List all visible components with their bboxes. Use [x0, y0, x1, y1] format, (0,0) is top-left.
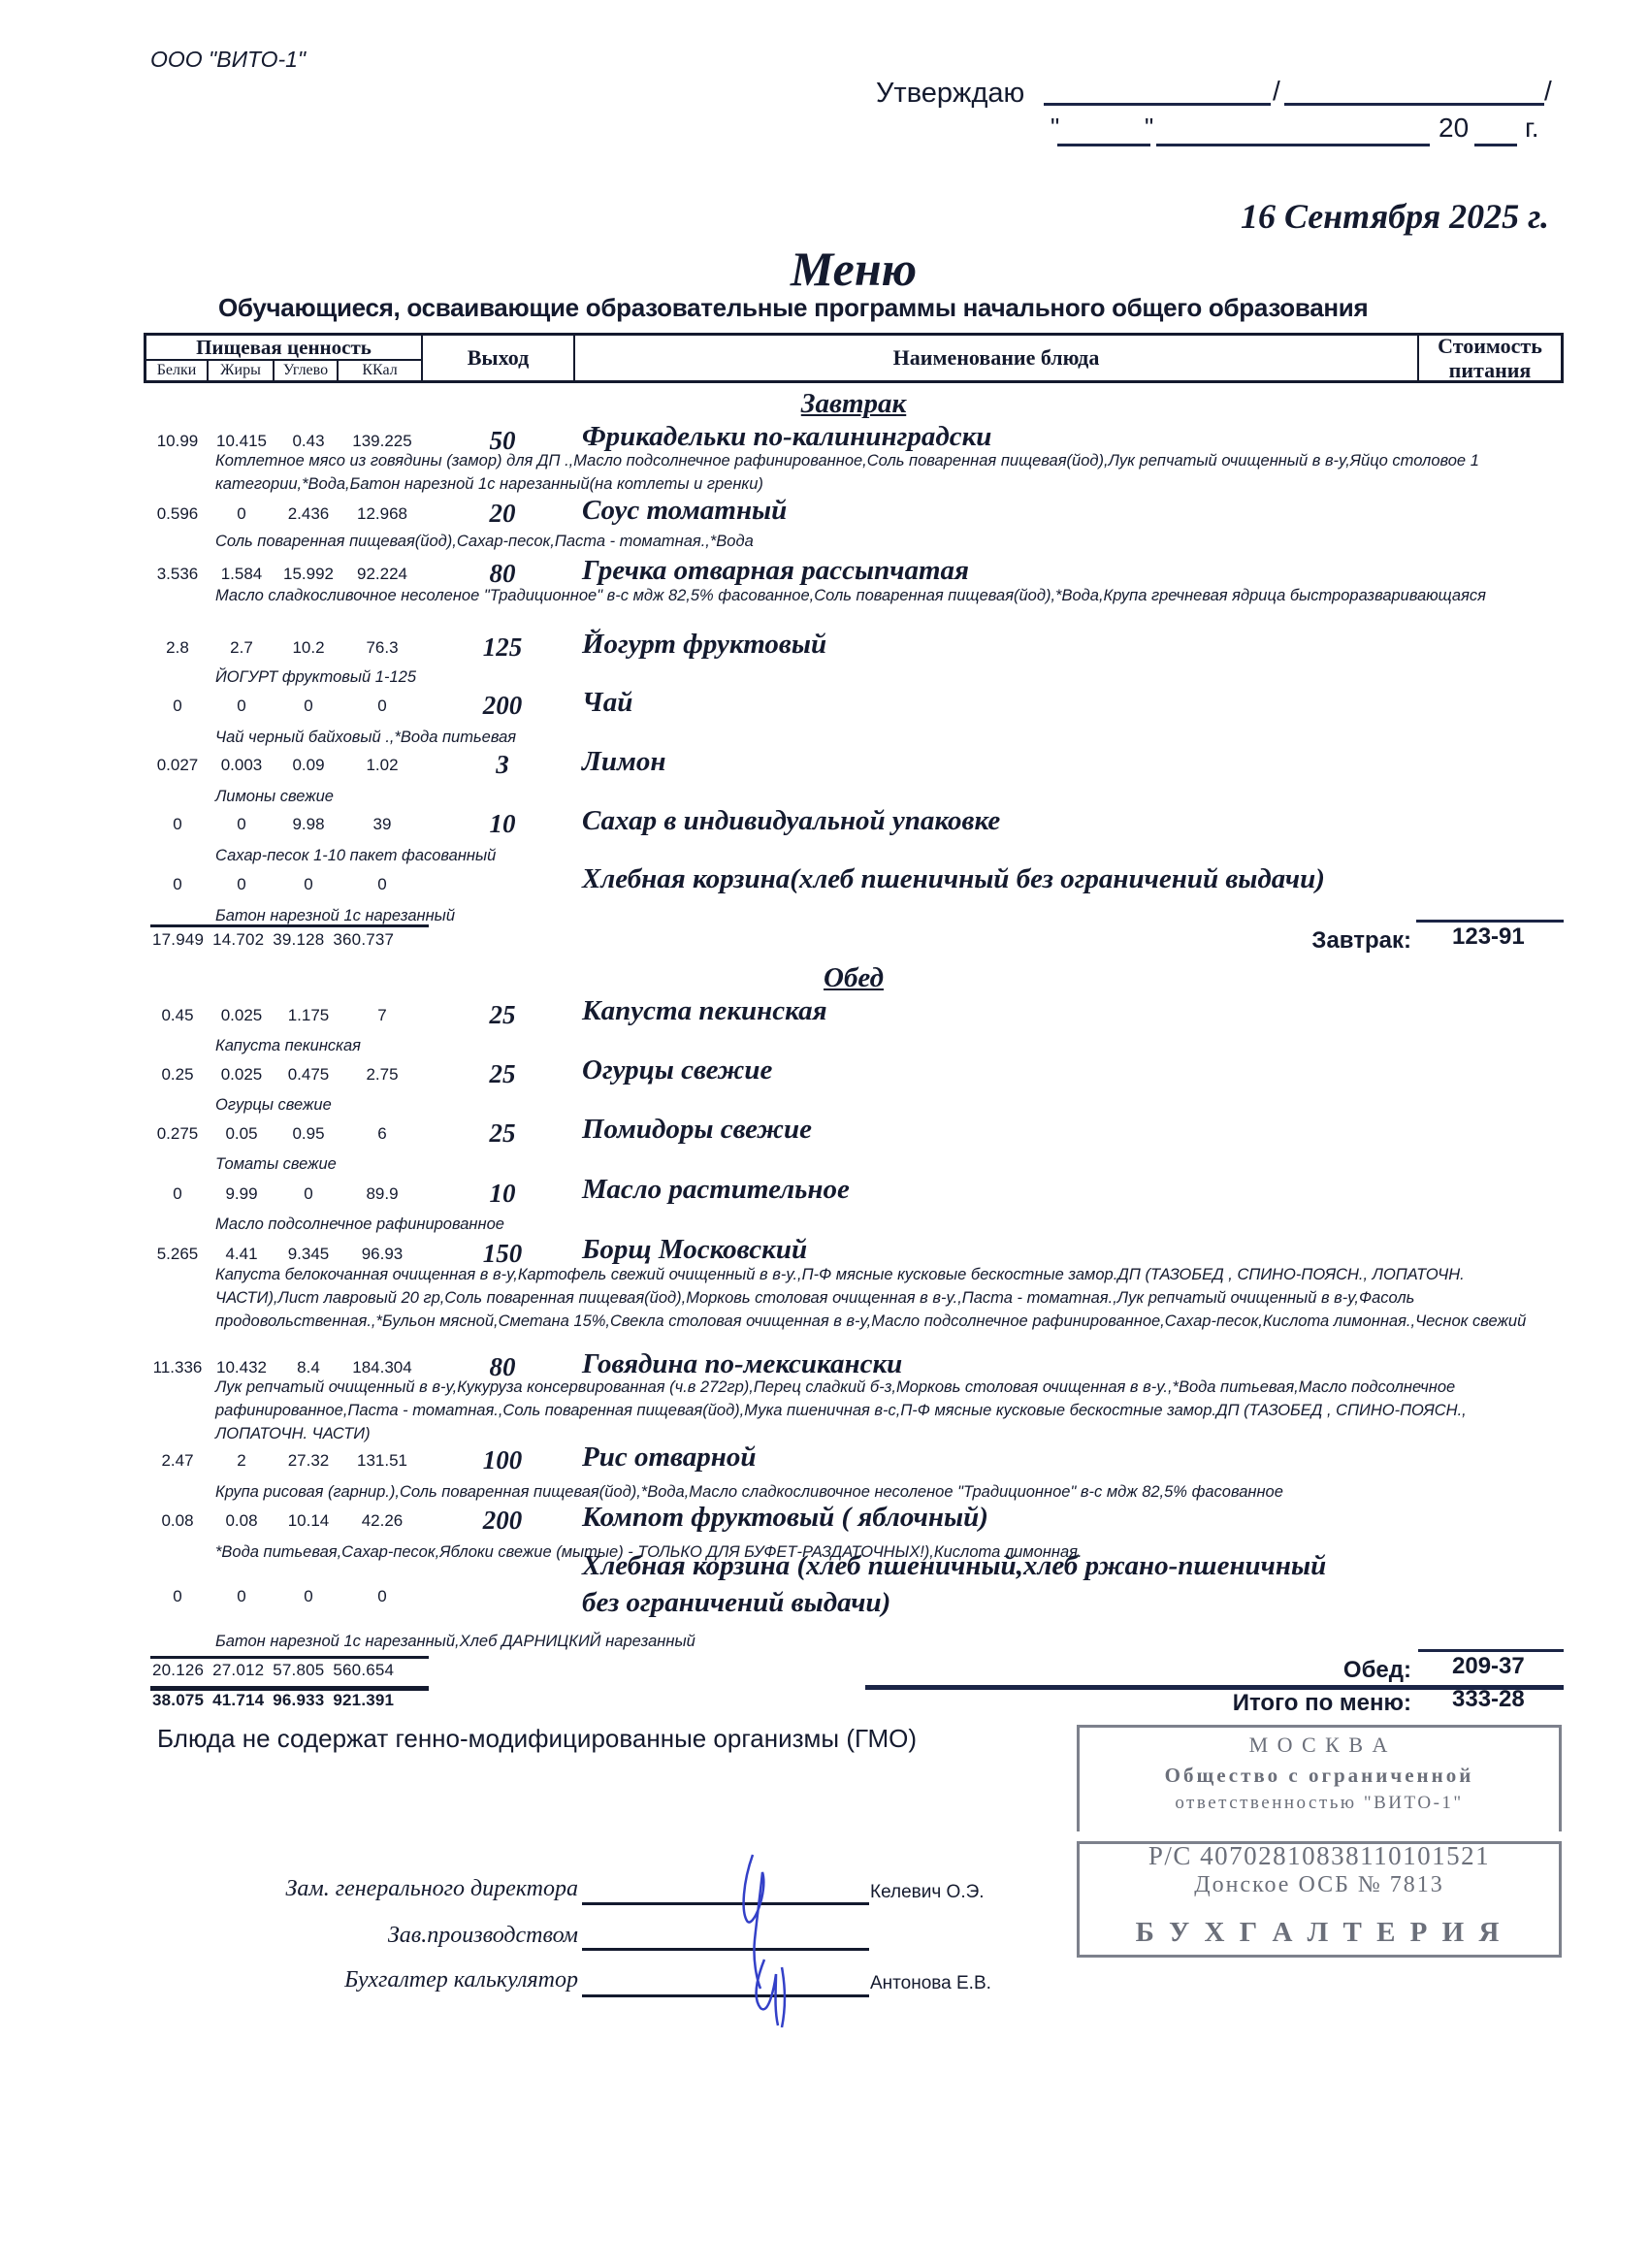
nutrition-value: 0 [147, 697, 208, 716]
cost-header: Стоимость питания [1419, 336, 1561, 380]
nutrition-value: 7 [341, 1006, 423, 1025]
nutrition-value: 15.992 [275, 565, 341, 584]
approve-signature-line [1044, 103, 1271, 106]
nutrition-value: 0 [275, 875, 341, 894]
nutrition-value: 9.98 [275, 815, 341, 834]
nutrition-value: 0.43 [275, 432, 341, 451]
cost-header-line1: Стоимость [1438, 334, 1542, 358]
dish-ingredients: Капуста пекинская [215, 1034, 1554, 1057]
section-breakfast-title: Завтрак [0, 388, 1649, 420]
breakfast-cost-value: 123-91 [1452, 923, 1525, 951]
fats-header: Жиры [209, 361, 275, 380]
date-day-line [1057, 144, 1150, 146]
stamp-bank: Донское ОСБ № 7813 [1077, 1872, 1562, 1898]
nutrition-value: 10.415 [208, 432, 275, 451]
nutrition-value: 9.99 [208, 1184, 275, 1204]
dish-ingredients: ЙОГУРТ фруктовый 1-125 [215, 665, 1554, 689]
nutrition-value: 11.336 [147, 1358, 208, 1377]
company-stamp: М О С К В А Общество с ограниченной отве… [1077, 1725, 1562, 1958]
nutrition-value: 184.304 [341, 1358, 423, 1377]
stamp-line1: Общество с ограниченной [1077, 1764, 1562, 1788]
nutrition-value: 0 [341, 1587, 423, 1606]
dish-yield: 200 [464, 1506, 541, 1536]
date-quote-close: " [1145, 113, 1153, 143]
approve-label: Утверждаю [876, 78, 1024, 110]
breakfast-cost-line [1416, 920, 1564, 923]
signature-role-deputy-director: Зам. генерального директора [248, 1876, 578, 1902]
approve-separator: / [1273, 76, 1280, 107]
nutrition-value: 0.025 [208, 1065, 275, 1085]
grand-totals: 38.075 41.714 96.933 921.391 [152, 1691, 394, 1710]
nutrition-value: 1.02 [341, 756, 423, 775]
signature-role-accountant: Бухгалтер калькулятор [248, 1967, 578, 1993]
nutrition-value: 0 [341, 875, 423, 894]
dish-name: Хлебная корзина(хлеб пшеничный без огран… [582, 863, 1325, 895]
signature-role-production-head: Зав.производством [248, 1923, 578, 1949]
date-quote-open: " [1051, 113, 1059, 143]
grand-total-value: 333-28 [1452, 1686, 1525, 1713]
stamp-city: М О С К В А [1077, 1733, 1562, 1758]
nutrition-value: 10.2 [275, 638, 341, 658]
date-year-line [1474, 144, 1517, 146]
dish-name: Рис отварной [582, 1442, 757, 1474]
nutrition-value: 8.4 [275, 1358, 341, 1377]
gmo-note: Блюда не содержат генно-модифицированные… [157, 1724, 917, 1754]
lunch-cost-label: Обед: [1212, 1657, 1411, 1684]
dish-yield: 20 [464, 499, 541, 529]
dish-ingredients: Соль поваренная пищевая(йод),Сахар-песок… [215, 530, 1554, 553]
nutrition-value: 131.51 [341, 1451, 423, 1471]
nutrition-value: 2.8 [147, 638, 208, 658]
dish-ingredients: Чай черный байховый .,*Вода питьевая [215, 726, 1554, 749]
nutrition-value: 39 [341, 815, 423, 834]
grand-total-label: Итого по меню: [1115, 1690, 1411, 1717]
dish-ingredients: Батон нарезной 1с нарезанный,Хлеб ДАРНИЦ… [215, 1630, 1554, 1653]
nutrition-value: 76.3 [341, 638, 423, 658]
nutrition-value: 12.968 [341, 504, 423, 524]
section-lunch-title: Обед [0, 962, 1649, 994]
dish-yield: 25 [464, 1059, 541, 1089]
nutrition-value: 0.45 [147, 1006, 208, 1025]
nutrition-value: 0.05 [208, 1124, 275, 1144]
nutrition-value: 0.95 [275, 1124, 341, 1144]
dish-name-continued: без ограничений выдачи) [582, 1587, 890, 1619]
approve-name-line [1284, 103, 1544, 106]
dish-name: Соус томатный [582, 495, 787, 527]
menu-table-header: Пищевая ценность Белки Жиры Углево ККал … [144, 333, 1564, 383]
nutrition-value: 42.26 [341, 1511, 423, 1531]
lunch-totals: 20.126 27.012 57.805 560.654 [152, 1661, 394, 1680]
nutrition-value: 1.175 [275, 1006, 341, 1025]
nutrition-value: 27.32 [275, 1451, 341, 1471]
approve-separator-end: / [1544, 76, 1552, 107]
dish-name: Огурцы свежие [582, 1054, 772, 1086]
nutrition-value: 0 [208, 1587, 275, 1606]
nutrition-value: 0 [208, 697, 275, 716]
dish-name: Борщ Московский [582, 1234, 807, 1266]
nutrition-value: 0 [275, 1587, 341, 1606]
nutrition-value: 0 [147, 875, 208, 894]
nutrition-value: 3.536 [147, 565, 208, 584]
dish-ingredients: Котлетное мясо из говядины (замор) для Д… [215, 449, 1554, 496]
page-title: Меню [0, 241, 1649, 297]
nutrition-value: 2.47 [147, 1451, 208, 1471]
breakfast-totals-line [150, 924, 429, 927]
dish-name: Хлебная корзина (хлеб пшеничный,хлеб ржа… [582, 1550, 1326, 1582]
lunch-cost-value: 209-37 [1452, 1653, 1525, 1680]
nutrition-value: 96.93 [341, 1245, 423, 1264]
nutrition-value: 2.7 [208, 638, 275, 658]
cost-header-line2: питания [1449, 358, 1532, 382]
nutrition-value: 10.99 [147, 432, 208, 451]
nutrition-value: 2.436 [275, 504, 341, 524]
nutrition-value: 0 [147, 1587, 208, 1606]
nutrition-value: 0.596 [147, 504, 208, 524]
nutrition-value: 4.41 [208, 1245, 275, 1264]
dish-ingredients: Томаты свежие [215, 1152, 1554, 1176]
lunch-cost-line [1418, 1649, 1564, 1652]
nutrition-value: 6 [341, 1124, 423, 1144]
dish-name-header: Наименование блюда [575, 336, 1419, 380]
nutrition-value: 0 [208, 504, 275, 524]
nutrition-value: 2 [208, 1451, 275, 1471]
page-subtitle: Обучающиеся, осваивающие образовательные… [218, 293, 1368, 323]
nutrition-value: 10.432 [208, 1358, 275, 1377]
dish-ingredients: Капуста белокочанная очищенная в в-у,Кар… [215, 1263, 1554, 1333]
dish-name: Йогурт фруктовый [582, 629, 826, 661]
dish-yield: 25 [464, 1000, 541, 1030]
dish-name: Лимон [582, 746, 666, 778]
stamp-department: Б У Х Г А Л Т Е Р И Я [1077, 1917, 1562, 1949]
dish-name: Сахар в индивидуальной упаковке [582, 805, 1000, 837]
breakfast-cost-label: Завтрак: [1212, 927, 1411, 955]
dish-name: Масло растительное [582, 1174, 850, 1206]
dish-name: Чай [582, 687, 632, 719]
nutrition-value: 0.275 [147, 1124, 208, 1144]
dish-yield: 100 [464, 1445, 541, 1475]
nutrition-value: 0.08 [147, 1511, 208, 1531]
stamp-account: Р/С 40702810838110101521 [1077, 1841, 1562, 1871]
nutrition-value: 0.475 [275, 1065, 341, 1085]
dish-yield: 3 [464, 750, 541, 780]
nutrition-value: 0 [147, 1184, 208, 1204]
dish-yield: 10 [464, 809, 541, 839]
nutrition-value: 92.224 [341, 565, 423, 584]
nutrition-value: 2.75 [341, 1065, 423, 1085]
nutrition-value: 0 [275, 1184, 341, 1204]
nutrition-value: 0 [147, 815, 208, 834]
nutrition-value: 0.027 [147, 756, 208, 775]
dish-ingredients: Крупа рисовая (гарнир.),Соль поваренная … [215, 1480, 1554, 1504]
nutrition-value: 0.003 [208, 756, 275, 775]
nutrition-value: 10.14 [275, 1511, 341, 1531]
nutrition-value: 0.025 [208, 1006, 275, 1025]
dish-yield: 25 [464, 1118, 541, 1149]
kcal-header: ККал [339, 361, 423, 380]
nutrition-value: 9.345 [275, 1245, 341, 1264]
dish-yield: 200 [464, 691, 541, 721]
dish-ingredients: Лук репчатый очищенный в в-у,Кукуруза ко… [215, 1376, 1554, 1445]
nutrition-value: 5.265 [147, 1245, 208, 1264]
date-year-prefix: 20 [1439, 113, 1469, 144]
nutrition-header: Пищевая ценность [146, 336, 423, 361]
dish-name: Гречка отварная рассыпчатая [582, 555, 969, 587]
nutrition-value: 1.584 [208, 565, 275, 584]
nutrition-value: 0.09 [275, 756, 341, 775]
nutrition-value: 0 [341, 697, 423, 716]
signature-name-deputy-director: Келевич О.Э. [870, 1882, 985, 1903]
dish-name: Помидоры свежие [582, 1114, 812, 1146]
stamp-line2: ответственностью "ВИТО-1" [1077, 1793, 1562, 1814]
nutrition-value: 139.225 [341, 432, 423, 451]
organization-name: ООО "ВИТО-1" [150, 47, 306, 73]
nutrition-value: 0.08 [208, 1511, 275, 1531]
yield-header: Выход [423, 336, 575, 380]
nutrition-value: 0 [275, 697, 341, 716]
date-month-line [1156, 144, 1430, 146]
nutrition-value: 0 [208, 815, 275, 834]
signature-name-accountant: Антонова Е.В. [870, 1973, 991, 1994]
handwritten-signature-icon [718, 1843, 834, 2027]
dish-ingredients: Масло подсолнечное рафинированное [215, 1213, 1554, 1236]
carbs-header: Углево [275, 361, 339, 380]
breakfast-totals: 17.949 14.702 39.128 360.737 [152, 930, 394, 950]
nutrition-value: 0 [208, 875, 275, 894]
date-year-suffix: г. [1525, 113, 1539, 144]
dish-name: Компот фруктовый ( яблочный) [582, 1502, 988, 1534]
nutrition-value: 0.25 [147, 1065, 208, 1085]
dish-ingredients: Масло сладкосливочное несоленое "Традици… [215, 584, 1554, 607]
menu-date: 16 Сентября 2025 г. [1241, 196, 1549, 237]
dish-name: Капуста пекинская [582, 995, 827, 1027]
lunch-totals-line [150, 1656, 429, 1659]
dish-ingredients: Огурцы свежие [215, 1093, 1554, 1117]
nutrition-value: 89.9 [341, 1184, 423, 1204]
proteins-header: Белки [146, 361, 209, 380]
dish-yield: 125 [464, 632, 541, 663]
dish-yield: 10 [464, 1179, 541, 1209]
